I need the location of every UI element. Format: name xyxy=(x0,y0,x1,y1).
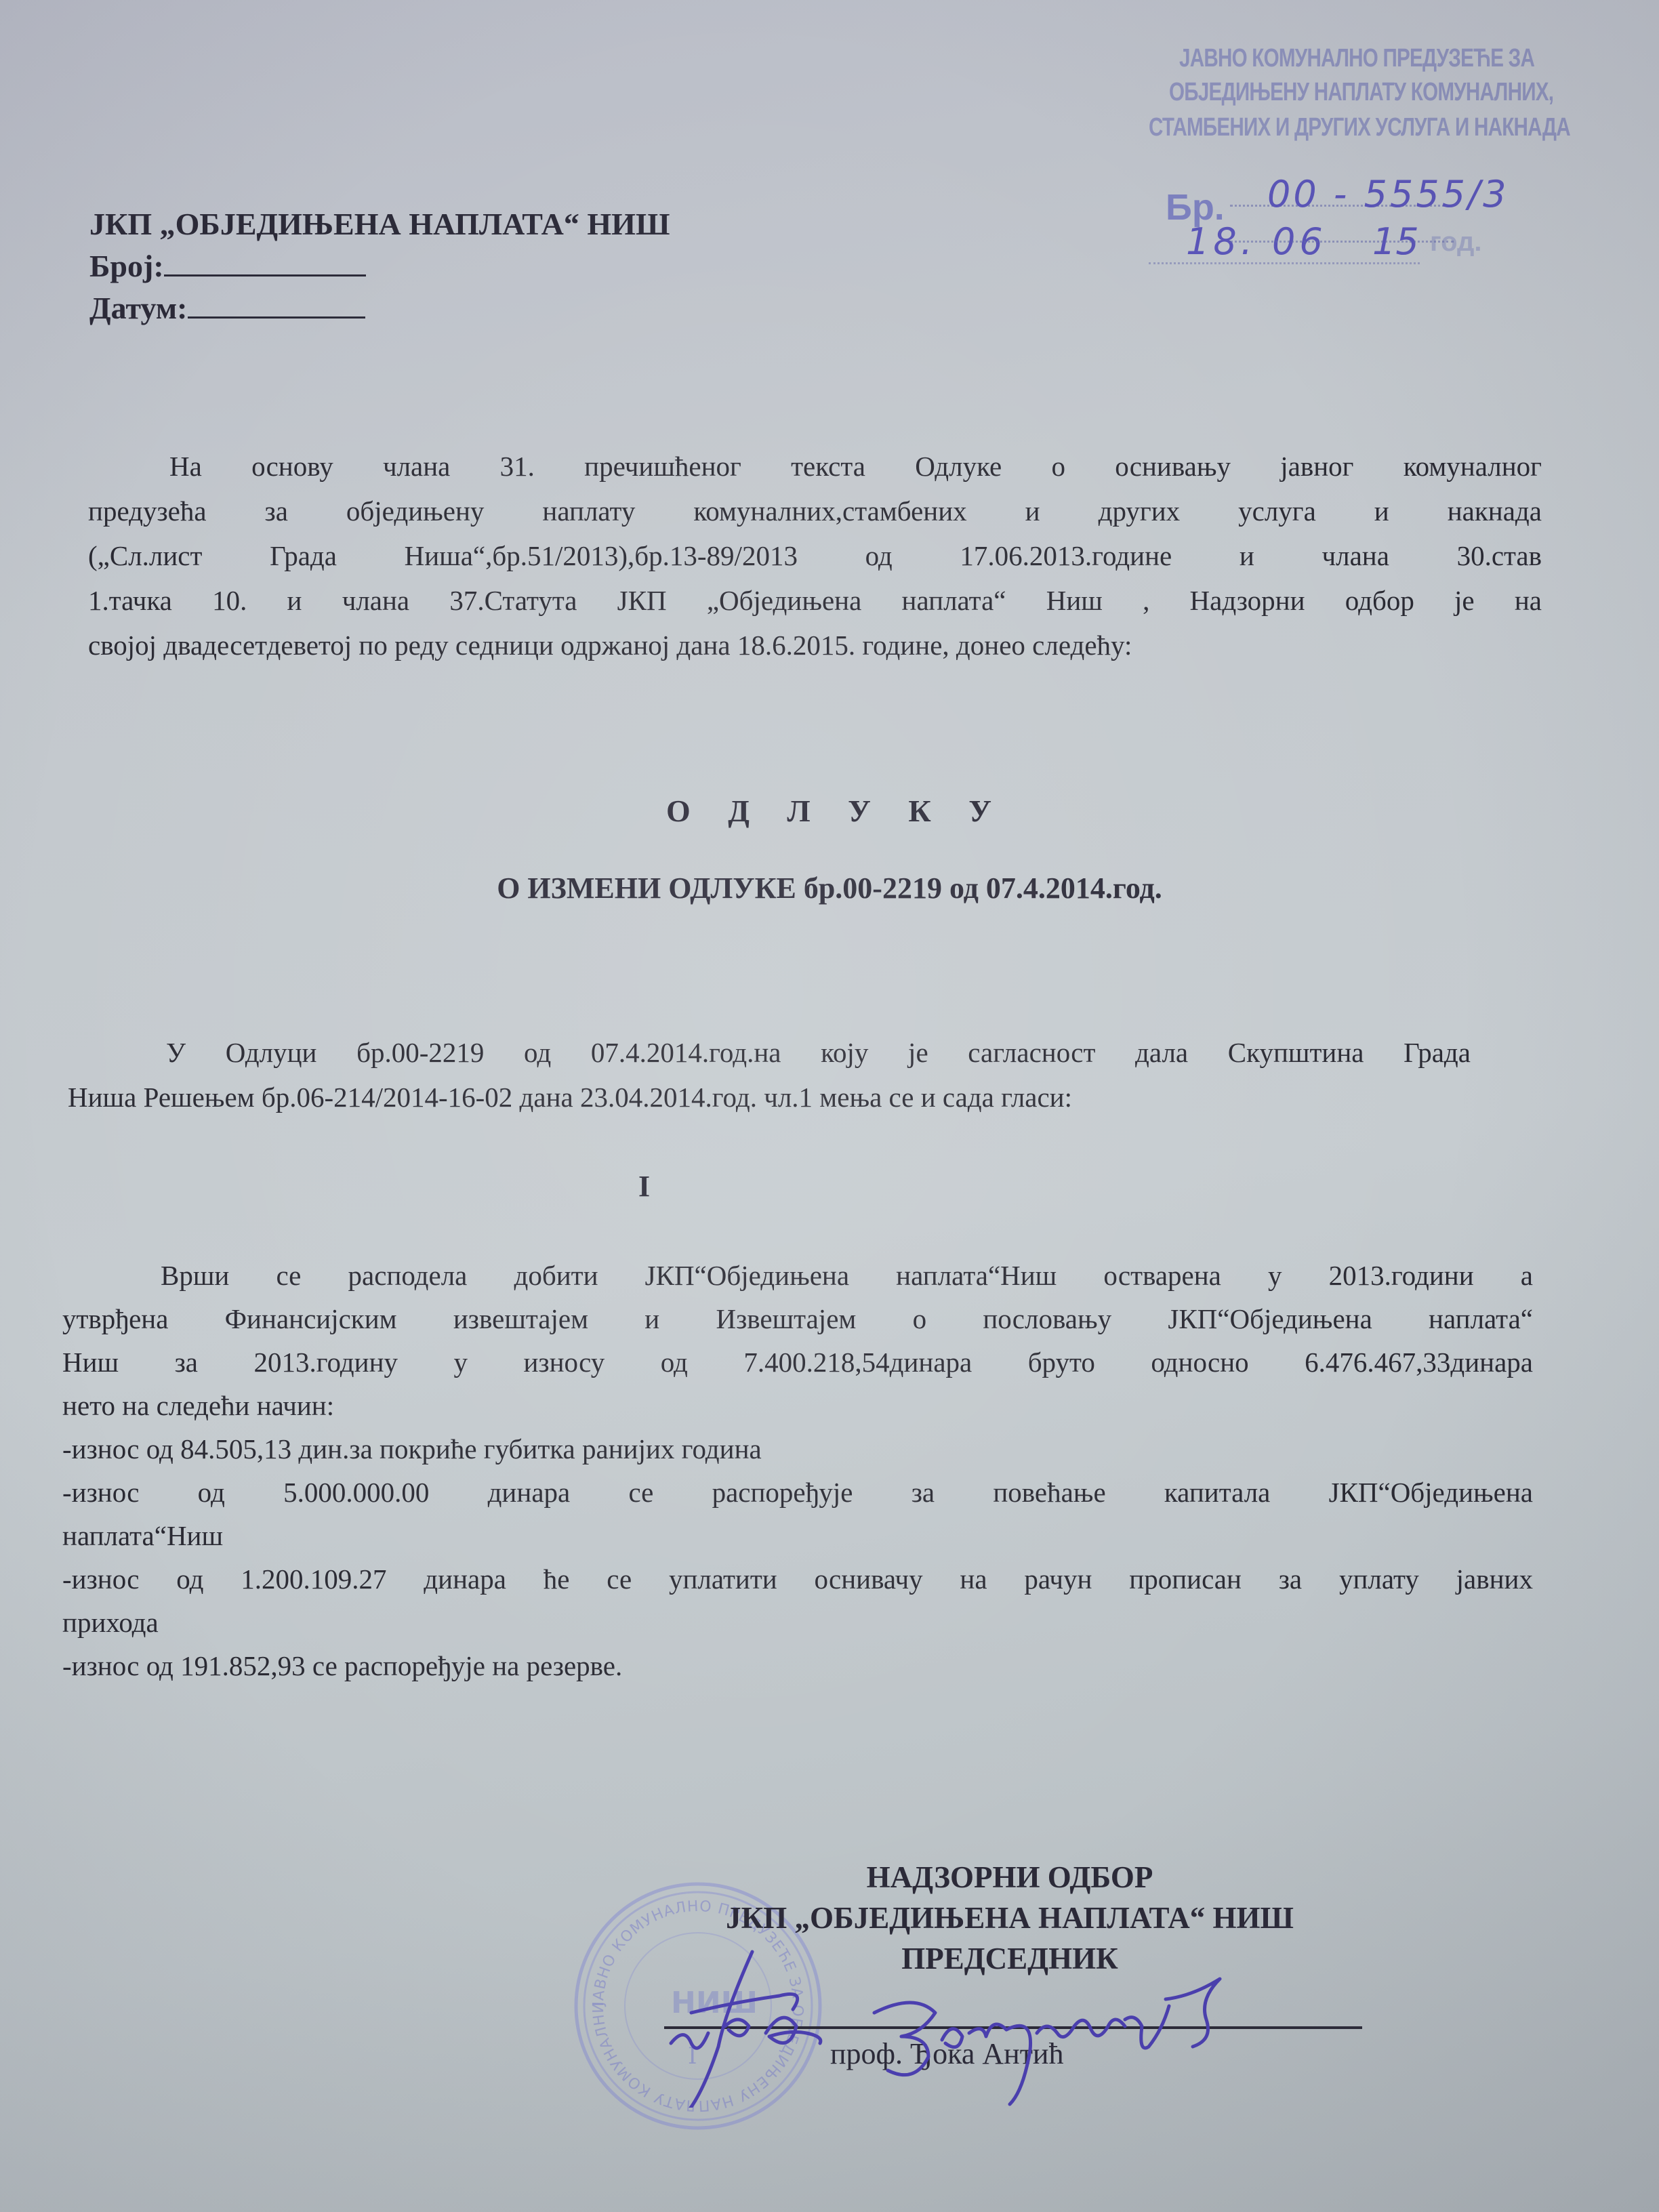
paragraph-line: утврђена Финансијским извештајем и Извеш… xyxy=(62,1297,1533,1340)
paragraph-line: Ниш за 2013.годину у износу од 7.400.218… xyxy=(62,1340,1533,1384)
number-field: Број: xyxy=(89,245,670,287)
number-blank-line xyxy=(164,247,366,276)
signature-body: НАДЗОРНИ ОДБОР xyxy=(651,1857,1369,1898)
paragraph-line: 1.тачка 10. и члана 37.Статута ЈКП „Обје… xyxy=(88,578,1542,623)
paragraph-line: нето на следећи начин: xyxy=(62,1384,1533,1427)
paragraph-line: својој двадесетдеветој по реду седници о… xyxy=(88,623,1542,668)
paragraph-line: предузећа за обједињену наплату комуналн… xyxy=(88,489,1542,533)
document-page: ЈКП „ОБЈЕДИЊЕНА НАПЛАТА“ НИШ Број: Датум… xyxy=(0,0,1659,2212)
number-label: Број: xyxy=(89,249,164,283)
stamp-line: СТАМБЕНИХ И ДРУГИХ УСЛУГА И НАКНАДА xyxy=(1149,113,1570,142)
date-field: Датум: xyxy=(89,287,670,329)
stamp-line: ЈАВНО КОМУНАЛНО ПРЕДУЗЕЋЕ ЗА xyxy=(1179,44,1534,73)
allocation-item-continuation: наплата“Ниш xyxy=(62,1514,1533,1557)
amendment-paragraph: У Одлуци бр.00-2219 од 07.4.2014.год.на … xyxy=(68,1030,1471,1120)
stamp-number-value: 00 - 5555/3 xyxy=(1267,173,1509,216)
allocation-item: -износ од 5.000.000.00 динара се распоре… xyxy=(62,1471,1533,1514)
paragraph-line: Врши се расподела добити ЈКП“Обједињена … xyxy=(62,1254,1533,1297)
decision-subtitle: О ИЗМЕНИ ОДЛУКЕ бр.00-2219 од 07.4.2014.… xyxy=(0,871,1659,905)
allocation-item: -износ од 191.852,93 се распоређује на р… xyxy=(62,1644,1533,1687)
document-header: ЈКП „ОБЈЕДИЊЕНА НАПЛАТА“ НИШ Број: Датум… xyxy=(89,203,670,329)
paragraph-line: У Одлуци бр.00-2219 од 07.4.2014.год.на … xyxy=(68,1030,1471,1075)
date-label: Датум: xyxy=(89,291,188,325)
organization-name: ЈКП „ОБЈЕДИЊЕНА НАПЛАТА“ НИШ xyxy=(89,203,670,245)
stamp-rule xyxy=(1230,241,1454,243)
allocation-item: -износ од 1.200.109.27 динара ће се упла… xyxy=(62,1557,1533,1601)
registry-stamp: ЈАВНО КОМУНАЛНО ПРЕДУЗЕЋЕ ЗА ОБЈЕДИЊЕНУ … xyxy=(1132,37,1633,281)
allocation-item-continuation: прихода xyxy=(62,1601,1533,1644)
intro-paragraph: На основу члана 31. пречишћеног текста О… xyxy=(88,444,1542,668)
decision-title: О Д Л У К У xyxy=(0,793,1659,829)
paragraph-line: На основу члана 31. пречишћеног текста О… xyxy=(88,444,1542,489)
allocation-item: -износ од 84.505,13 дин.за покриће губит… xyxy=(62,1427,1533,1471)
stamp-rule xyxy=(1149,262,1420,264)
paragraph-line: Ниша Решењем бр.06-214/2014-16-02 дана 2… xyxy=(68,1075,1471,1120)
allocation-paragraph: Врши се расподела добити ЈКП“Обједињена … xyxy=(62,1254,1533,1687)
paragraph-line: („Сл.лист Града Ниша“,бр.51/2013),бр.13-… xyxy=(88,533,1542,578)
date-blank-line xyxy=(188,289,365,319)
section-number: I xyxy=(638,1169,650,1204)
stamp-line: ОБЈЕДИЊЕНУ НАПЛАТУ КОМУНАЛНИХ, xyxy=(1169,78,1553,107)
handwritten-signature-icon xyxy=(651,1931,1396,2108)
